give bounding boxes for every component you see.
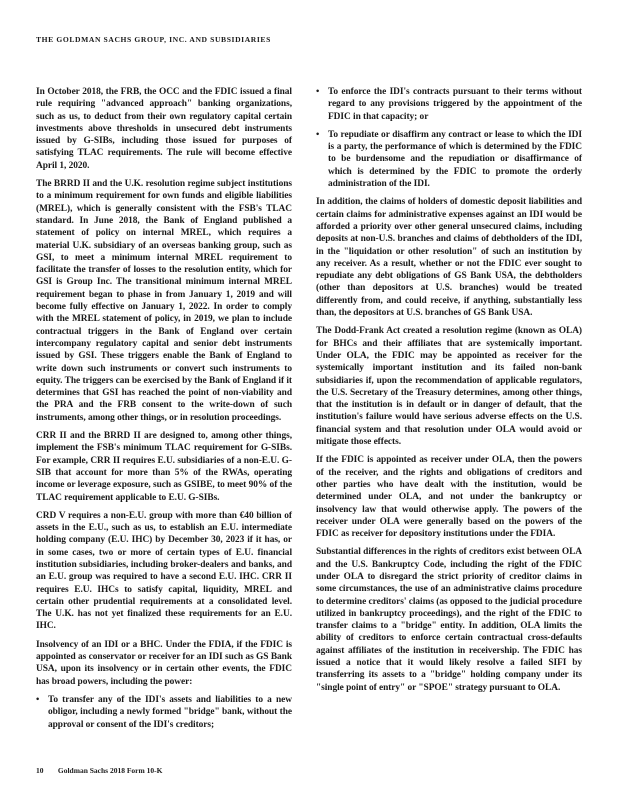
fdic-powers-list: To transfer any of the IDI's assets and … <box>36 694 292 731</box>
paragraph-ola: The Dodd-Frank Act created a resolution … <box>316 325 582 448</box>
running-head: The Goldman Sachs Group, Inc. and Subsid… <box>36 35 271 44</box>
paragraph-crd-v: CRD V requires a non-E.U. group with mor… <box>36 510 292 633</box>
fdic-powers-list-continued: To enforce the IDI's contracts pursuant … <box>316 86 582 190</box>
paragraph-creditor-rights: Substantial differences in the rights of… <box>316 546 582 694</box>
page-number: 10 <box>36 766 56 775</box>
paragraph-tlac-deduction: In October 2018, the FRB, the OCC and th… <box>36 86 292 172</box>
right-column: To enforce the IDI's contracts pursuant … <box>316 86 582 700</box>
paragraph-fdic-receiver: If the FDIC is appointed as receiver und… <box>316 454 582 540</box>
left-column: In October 2018, the FRB, the OCC and th… <box>36 86 292 737</box>
paragraph-crr-ii: CRR II and the BRRD II are designed to, … <box>36 430 292 504</box>
paragraph-insolvency: Insolvency of an IDI or a BHC. Under the… <box>36 639 292 688</box>
paragraph-mrel: The BRRD II and the U.K. resolution regi… <box>36 178 292 424</box>
bullet-item: To enforce the IDI's contracts pursuant … <box>316 86 582 123</box>
page-footer: 10 Goldman Sachs 2018 Form 10-K <box>36 766 162 775</box>
paragraph-deposit-priority: In addition, the claims of holders of do… <box>316 196 582 319</box>
document-title: Goldman Sachs 2018 Form 10-K <box>58 766 163 775</box>
bullet-item: To repudiate or disaffirm any contract o… <box>316 129 582 190</box>
bullet-item: To transfer any of the IDI's assets and … <box>36 694 292 731</box>
